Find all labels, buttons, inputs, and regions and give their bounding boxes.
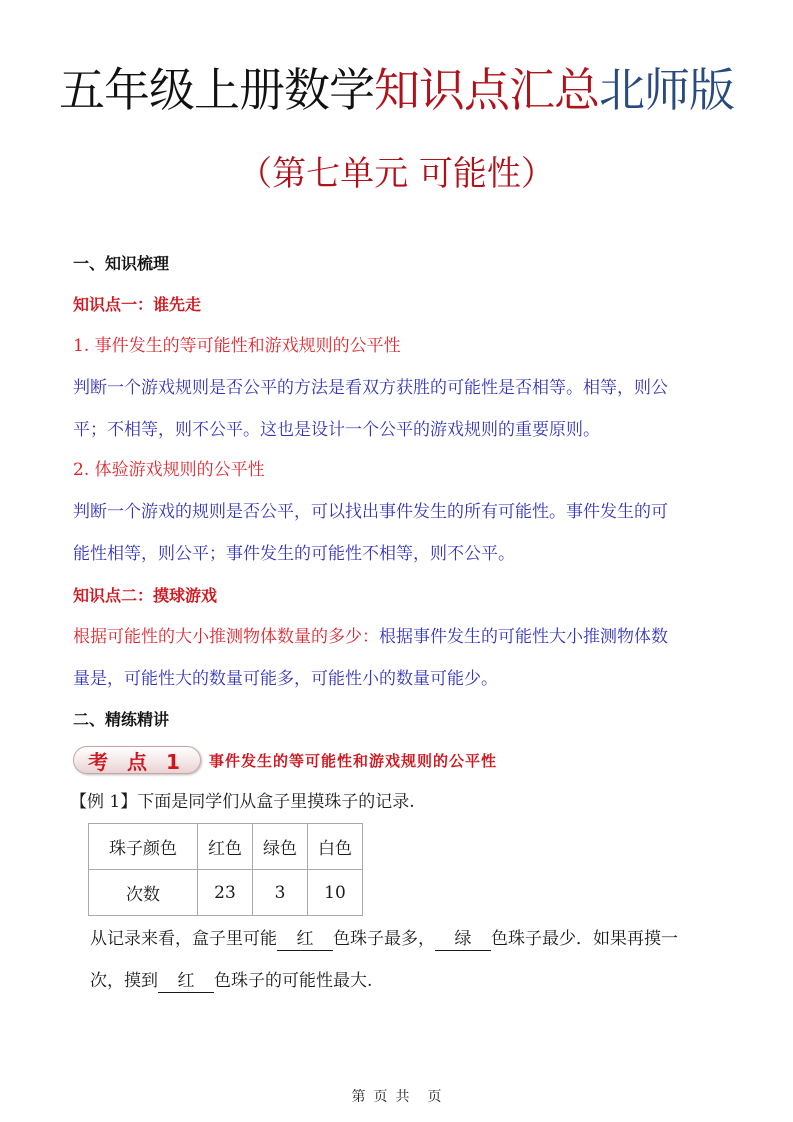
point1-sub2-title: 2. 体验游戏规则的公平性 <box>73 458 265 482</box>
point2-line1-blue: 根据事件发生的可能性大小推测物体数 <box>379 627 668 647</box>
answer-blank-least: 绿 <box>435 928 491 951</box>
point1-sub2-line1: 判断一个游戏的规则是否公平，可以找出事件发生的所有可能性。事件发生的可 <box>73 500 668 524</box>
point2-line1: 根据可能性的大小推测物体数量的多少：根据事件发生的可能性大小推测物体数 <box>73 625 668 649</box>
table-header-row: 珠子颜色 红色 绿色 白色 <box>89 824 363 870</box>
answer-text: 次，摸到 <box>90 971 158 991</box>
bead-record-table: 珠子颜色 红色 绿色 白色 次数 23 3 10 <box>88 823 363 916</box>
example1-answer-line2: 次，摸到红色珠子的可能性最大. <box>90 969 372 993</box>
document-title: 五年级上册数学知识点汇总北师版 <box>0 62 793 118</box>
section2-heading: 二、精练精讲 <box>73 708 169 732</box>
answer-text: 色珠子的可能性最大. <box>214 971 372 991</box>
answer-text: 从记录来看，盒子里可能 <box>90 929 277 949</box>
title-edition-part: 北师版 <box>599 63 734 117</box>
answer-blank-most: 红 <box>277 928 333 951</box>
footer-text: 页 <box>374 1089 388 1105</box>
table-cell: 23 <box>198 870 253 916</box>
exam-point-badge: 考 点 1 <box>73 746 201 774</box>
answer-text: 色珠子最多， <box>333 929 435 949</box>
table-cell: 3 <box>253 870 308 916</box>
point1-sub1-title: 1. 事件发生的等可能性和游戏规则的公平性 <box>73 334 401 358</box>
point2-line2: 量是，可能性大的数量可能多，可能性小的数量可能少。 <box>73 667 498 691</box>
footer-text: 页 <box>428 1089 442 1105</box>
unit-subtitle: （第七单元 可能性） <box>0 152 793 196</box>
point1-sub2-line2: 能性相等，则公平；事件发生的可能性不相等，则不公平。 <box>73 542 515 566</box>
example1-prompt: 【例 1】下面是同学们从盒子里摸珠子的记录. <box>70 790 415 814</box>
knowledge-point2-heading: 知识点二：摸球游戏 <box>73 584 217 608</box>
table-header-cell: 白色 <box>308 824 363 870</box>
exam-point-banner: 考 点 1 事件发生的等可能性和游戏规则的公平性 <box>73 746 497 774</box>
table-header-cell: 珠子颜色 <box>89 824 198 870</box>
footer-text: 共 <box>396 1089 410 1105</box>
table-row-label: 次数 <box>89 870 198 916</box>
knowledge-point1-heading: 知识点一：谁先走 <box>73 293 201 317</box>
example1-answer-line1: 从记录来看，盒子里可能红色珠子最多，绿色珠子最少．如果再摸一 <box>90 927 678 951</box>
exam-point-title: 事件发生的等可能性和游戏规则的公平性 <box>209 750 497 771</box>
point2-line1-red: 根据可能性的大小推测物体数量的多少： <box>73 627 379 647</box>
page-footer: 第页共页 <box>0 1086 793 1106</box>
table-row: 次数 23 3 10 <box>89 870 363 916</box>
point1-sub1-line1: 判断一个游戏规则是否公平的方法是看双方获胜的可能性是否相等。相等，则公 <box>73 376 668 400</box>
table-header-cell: 绿色 <box>253 824 308 870</box>
table-cell: 10 <box>308 870 363 916</box>
answer-blank-likely: 红 <box>158 970 214 993</box>
title-grade-part: 五年级上册数学 <box>59 63 374 117</box>
answer-text: 色珠子最少．如果再摸一 <box>491 929 678 949</box>
table-header-cell: 红色 <box>198 824 253 870</box>
section1-heading: 一、知识梳理 <box>73 252 169 276</box>
point1-sub1-line2: 平；不相等，则不公平。这也是设计一个公平的游戏规则的重要原则。 <box>73 418 600 442</box>
footer-text: 第 <box>352 1089 366 1105</box>
title-summary-part: 知识点汇总 <box>374 63 599 117</box>
